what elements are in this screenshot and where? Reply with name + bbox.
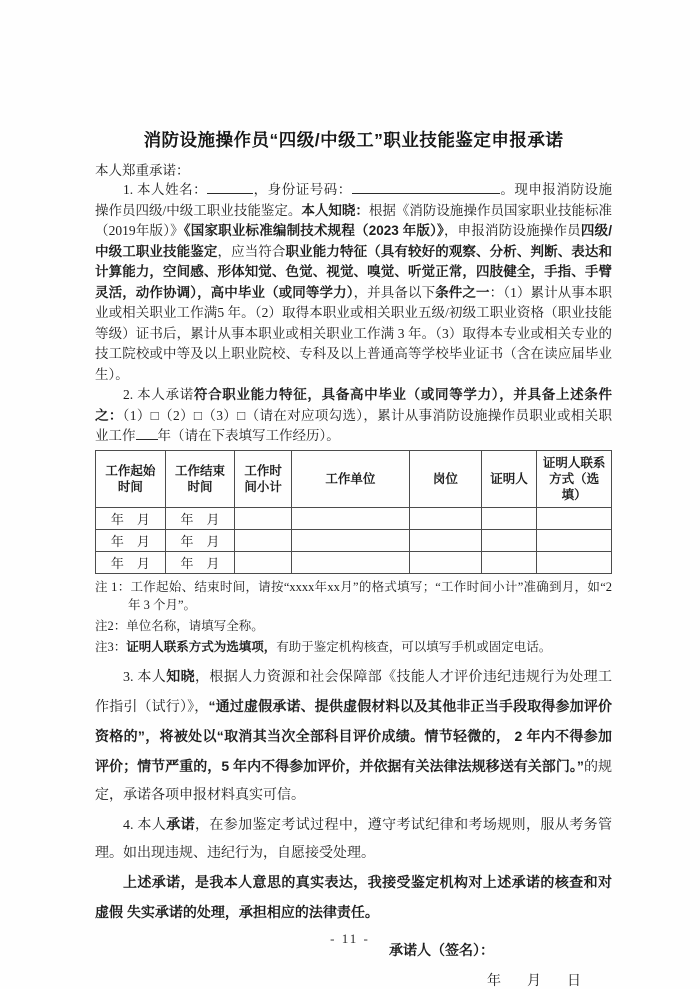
clause-1-paragraph: 1. 本人姓名：，身份证号码：。现申报消防设施操作员四级/中级工职业技能鉴定。本… — [95, 180, 612, 385]
table-cell — [537, 551, 612, 573]
header-work-subtotal: 工作时间小计 — [235, 450, 292, 507]
table-row: 年 月 年 月 — [96, 551, 612, 573]
closing-statement: 上述承诺，是我本人意思的真实表达，我接受鉴定机构对上述承诺的核查和对虚假 失实承… — [95, 868, 612, 928]
table-cell — [409, 551, 481, 573]
header-work-unit: 工作单位 — [292, 450, 410, 507]
clause-3-paragraph: 3. 本人知晓，根据人力资源和社会保障部《技能人才评价违纪违规行为处理工作指引（… — [95, 662, 612, 810]
name-blank — [207, 180, 253, 194]
header-work-end: 工作结束时间 — [165, 450, 235, 507]
table-cell — [292, 507, 410, 529]
work-history-table: 工作起始时间 工作结束时间 工作时间小计 工作单位 岗位 证明人 证明人联系方式… — [95, 450, 612, 574]
clause-2-paragraph: 2. 本人承诺符合职业能力特征，具备高中毕业（或同等学力），并具备上述条件之：（… — [95, 385, 612, 447]
table-cell — [409, 529, 481, 551]
notes-section: 注 1：工作起始、结束时间，请按“xxxx年xx月”的格式填写；“工作时间小计”… — [95, 578, 612, 656]
date-line: 年 月 日 — [487, 972, 612, 989]
table-row: 年 月 年 月 — [96, 529, 612, 551]
clause-4-paragraph: 4. 本人承诺，在参加鉴定考试过程中，遵守考试纪律和考场规则，服从考务管理。如出… — [95, 810, 612, 868]
table-cell — [537, 529, 612, 551]
header-position: 岗位 — [409, 450, 481, 507]
table-header-row: 工作起始时间 工作结束时间 工作时间小计 工作单位 岗位 证明人 证明人联系方式… — [96, 450, 612, 507]
header-witness: 证明人 — [481, 450, 536, 507]
table-cell: 年 月 — [96, 529, 166, 551]
page-number: - 11 - — [0, 931, 700, 947]
table-cell — [235, 529, 292, 551]
solemn-promise-label: 本人郑重承诺： — [95, 161, 612, 180]
table-cell: 年 月 — [165, 529, 235, 551]
table-row: 年 月 年 月 — [96, 507, 612, 529]
page-title: 消防设施操作员“四级/中级工”职业技能鉴定申报承诺 — [95, 128, 612, 153]
header-witness-contact: 证明人联系方式（选填） — [537, 450, 612, 507]
table-cell: 年 月 — [96, 551, 166, 573]
id-number-blank — [352, 180, 500, 194]
table-cell: 年 月 — [165, 551, 235, 573]
table-cell — [292, 551, 410, 573]
table-cell — [481, 529, 536, 551]
note-3: 注3：证明人联系方式为选填项，有助于鉴定机构核查，可以填写手机或固定电话。 — [95, 638, 612, 656]
table-cell — [481, 507, 536, 529]
table-cell — [235, 551, 292, 573]
header-work-start: 工作起始时间 — [96, 450, 166, 507]
document-page: 消防设施操作员“四级/中级工”职业技能鉴定申报承诺 本人郑重承诺： 1. 本人姓… — [0, 0, 700, 989]
table-cell — [292, 529, 410, 551]
table-cell — [537, 507, 612, 529]
table-cell — [409, 507, 481, 529]
table-cell: 年 月 — [96, 507, 166, 529]
table-cell: 年 月 — [165, 507, 235, 529]
table-cell — [481, 551, 536, 573]
note-1: 注 1：工作起始、结束时间，请按“xxxx年xx月”的格式填写；“工作时间小计”… — [95, 578, 612, 614]
table-cell — [235, 507, 292, 529]
years-blank — [136, 426, 158, 440]
note-2: 注2：单位名称，请填写全称。 — [95, 617, 612, 635]
